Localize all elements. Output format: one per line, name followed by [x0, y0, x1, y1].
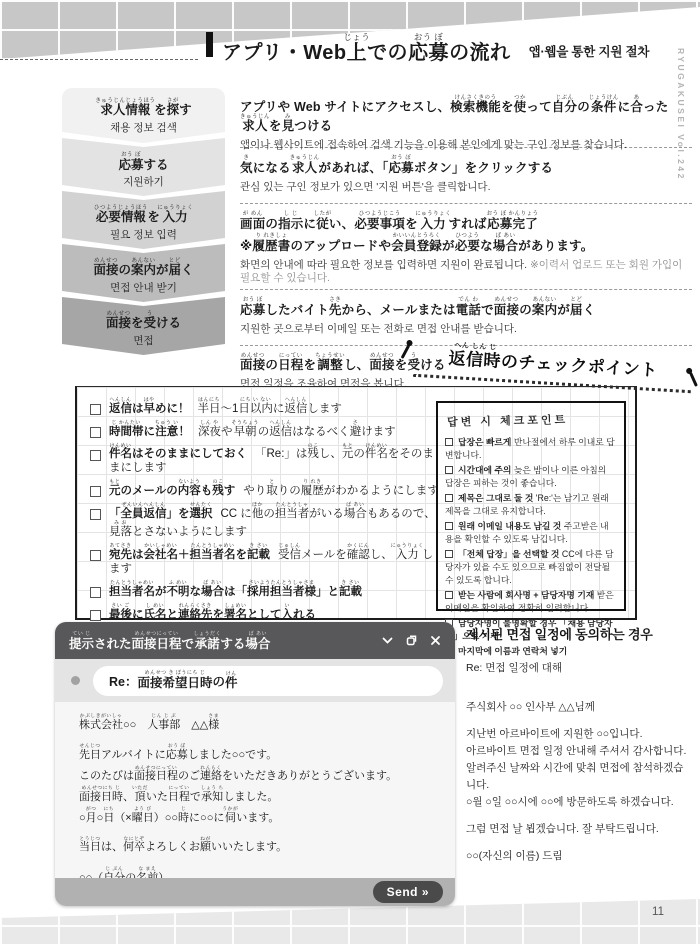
step-detail-jp: 応募おう ぼしたバイト先さきから、メールまたは電話でん わで面接めんせつの案内あ… — [240, 297, 692, 319]
email-subject-field[interactable]: Re：面接希望日時めんせつ き ぼうにち じの件けん — [93, 666, 443, 696]
flow-step-label-jp: 必要情報ひつようじょうほうを入力にゅうりょく — [94, 205, 193, 224]
email-subject-row: Re：面接希望日時めんせつ き ぼうにち じの件けん — [55, 659, 455, 702]
checkbox[interactable] — [90, 486, 101, 497]
email-translation-subject: Re: 면접 일정에 대해 — [466, 660, 692, 675]
step-detail-kr-text: 관심 있는 구인 정보가 있으면 '지원 버튼'을 클릭합니다. — [240, 181, 491, 193]
kr-line: 아르바이트 면접 일정 안내해 주셔서 감사합니다. 알려주신 날짜와 시간에 … — [466, 743, 692, 794]
flow-step-label-kr: 필요 정보 입력 — [110, 227, 177, 242]
checkpoint-item-title: 時間帯じ かんたいに注意ちゅう い！ — [109, 426, 190, 438]
email-line — [79, 858, 431, 867]
section-header: アプリ・Web上じょうでの応募おう ぼの流れ 앱·웹을 통한 지원 절차 — [206, 32, 649, 64]
send-button[interactable]: Send » — [373, 881, 443, 903]
flow-step-interview-invite: 面接めんせつの案内あんないが届とどく 면접 안내 받기 — [62, 244, 225, 302]
email-line: 面接日時めんせつにち じ、頂いただいた日程にっていで承知しょう ちしました。 — [79, 786, 431, 807]
checkpoint-item-title: 返信へんしんは早はやめに！ — [109, 403, 190, 415]
checkpoint-item-desc: 半日はんにち〜1日以内にち い ないに返信へんしんします — [198, 403, 342, 415]
checkpoint-list-jp: 返信へんしんは早はやめに！半日はんにち〜1日以内にち い ないに返信へんしんしま… — [90, 397, 442, 626]
flow-step-label-kr: 면접 — [133, 333, 153, 348]
step-detail-kr-text: 앱이나 웹사이트에 접속하여 검색 기능을 이용해 본인에게 맞는 구인 정보를… — [240, 139, 627, 151]
kr-line — [466, 838, 692, 848]
email-translation-heading: 제시된 면접 일정에 동의하는 경우 — [466, 624, 692, 643]
email-line — [79, 828, 431, 837]
step-detail-jp: 気きになる求人きゅうじんがあれば、「応募おう ぼボタン」をクリックする — [240, 155, 692, 177]
page-title-jp: アプリ・Web上じょうでの応募おう ぼの流れ — [222, 32, 511, 64]
kr-line: 지난번 아르바이트에 지원한 ○○입니다. — [466, 726, 692, 743]
unread-dot-icon — [71, 676, 80, 685]
kr-line: 그럼 면접 날 뵙겠습니다. 잘 부탁드립니다. — [466, 821, 692, 838]
checkbox[interactable] — [445, 438, 453, 446]
window-controls — [381, 635, 441, 647]
checkbox[interactable] — [90, 404, 101, 415]
flow-step-label-kr: 채용 정보 검색 — [110, 120, 177, 135]
checkpoint-item-title: 宛先あてさきは会社名かいしゃめい＋担当者名たんとうしゃめいを記載き さい — [109, 549, 270, 561]
email-window: 提示てい じされた面接日程めんせつにっていで承諾しょうだくする場合ば あい Re… — [55, 622, 455, 906]
step-detail-4: 応募おう ぼしたバイト先さきから、メールまたは電話でん わで面接めんせつの案内あ… — [240, 290, 692, 346]
step-detail-jp-note: ※履歴書り れきしょのアップロードや会員登録かいいんとうろくが必要ひつような場合… — [240, 233, 692, 255]
kr-line — [466, 716, 692, 726]
flow-step-label-jp: 面接めんせつを受うける — [106, 311, 181, 330]
checkbox[interactable] — [445, 466, 453, 474]
checkbox[interactable] — [90, 450, 101, 461]
step-detail-3: 画面が めんの指示し じに従したがい、必要事項ひつようじこうを入力にゅうりょくす… — [240, 204, 692, 290]
kr-item-title: 답장은 빠르게 — [458, 437, 511, 447]
flow-step-apply: 応募おう ぼする 지원하기 — [62, 138, 225, 196]
kr-item-title: 제목은 그대로 둘 것 — [458, 493, 533, 503]
checkbox[interactable] — [90, 587, 101, 598]
maximize-icon[interactable] — [405, 635, 417, 647]
checkpoint-item-kr: 받는 사람에 회사명 + 담당자명 기재 받은 이메일을 확인하여 정확히 입력… — [445, 589, 617, 615]
email-body[interactable]: 株式会社かぶしきがいしゃ○○ 人事部じん じ ぶ △△様さま先日せんじつアルバイ… — [55, 702, 455, 878]
checkpoint-box-kr: 답변 시 체크포인트 답장은 빠르게 반나절에서 하루 이내로 답변합니다. 시… — [436, 401, 626, 611]
flow-step-label-jp: 求人情報きゅうじんじょうほうを探さがす — [95, 98, 191, 117]
kr-item-title: 시간대에 주의 — [458, 465, 511, 475]
email-window-title: 提示てい じされた面接日程めんせつにっていで承諾しょうだくする場合ば あい — [69, 631, 270, 651]
email-line: 当日とうじつは、何卒なにとぞよろしくお願ねがいいたします。 — [79, 837, 431, 857]
email-window-titlebar: 提示てい じされた面接日程めんせつにっていで承諾しょうだくする場合ば あい — [55, 622, 455, 659]
flow-step-interview: 面接めんせつを受うける 면접 — [62, 297, 225, 355]
checkpoint-item-title: 最後さい ごに氏名し めいと連絡先れんらくさきを署名しょめいとして入いれる — [109, 609, 316, 621]
step-detail-1: アプリや Web サイトにアクセスし、検索機能けんさくきのうを使つかって自分じぶ… — [240, 88, 692, 148]
step-detail-kr: 화면의 안내에 따라 필요한 정보를 입력하면 지원이 완료됩니다. ※이력서 … — [240, 259, 692, 286]
flow-step-label-jp: 応募おう ぼする — [118, 152, 168, 172]
title-bar-icon — [206, 32, 213, 57]
flow-step-label-jp: 面接めんせつの案内あんないが届とどく — [93, 258, 193, 277]
email-line: このたびは面接日程めんせつにっていのご連絡れんらくをいただきありがとうございます… — [79, 766, 431, 786]
checkbox[interactable] — [445, 550, 453, 558]
checkbox[interactable] — [90, 427, 101, 438]
flow-step-label-kr: 지원하기 — [123, 174, 164, 189]
close-icon[interactable] — [429, 635, 441, 647]
email-line — [79, 735, 431, 744]
email-line: ○月がつ○日にち（×曜日よう び）○○時じに○○に伺うかがいます。 — [79, 807, 431, 828]
flow-step-label-kr: 면접 안내 받기 — [110, 280, 177, 295]
checkpoint-item: 担当者名たんとうしゃめいが不明ふ めいな場合ば あいは「採用担当者様さいようたん… — [90, 580, 442, 599]
flow-step-search: 求人情報きゅうじんじょうほうを探さがす 채용 정보 검색 — [62, 88, 225, 143]
checkpoint-item-title: 元もとのメールの内容ないようも残のこす — [109, 485, 235, 497]
checkpoint-item: 元もとのメールの内容ないようも残のこすやり取とりの履歴り れきがわかるようにしま… — [90, 479, 442, 498]
checkbox[interactable] — [90, 610, 101, 621]
checkpoint-item: 件名けんめいはそのままにしておく「Re:」は残のこし、元もとの件名けんめいをその… — [90, 443, 442, 474]
minimize-icon[interactable] — [381, 635, 393, 647]
kr-item-title: 「전체 답장」을 선택할 것 — [458, 549, 559, 559]
checkpoint-item-desc: やり取とりの履歴り れきがわかるようにします — [243, 485, 439, 497]
email-translation-kr: 제시된 면접 일정에 동의하는 경우 Re: 면접 일정에 대해 주식회사 ○○… — [466, 624, 692, 865]
step-detail-2: 気きになる求人きゅうじんがあれば、「応募おう ぼボタン」をクリックする 관심 있… — [240, 148, 692, 204]
flow-step-input-info: 必要情報ひつようじょうほうを入力にゅうりょく 필요 정보 입력 — [62, 191, 225, 249]
kr-line — [466, 811, 692, 821]
step-detail-jp: 画面が めんの指示し じに従したがい、必要事項ひつようじこうを入力にゅうりょくす… — [240, 211, 692, 233]
checkpoint-item: 宛先あてさきは会社名かいしゃめい＋担当者名たんとうしゃめいを記載き さい受信じゅ… — [90, 543, 442, 575]
checkpoint-item-kr: 답장은 빠르게 반나절에서 하루 이내로 답변합니다. — [445, 436, 617, 462]
kr-line: ○월 ○일 ○○시에 ○○에 방문하도록 하겠습니다. — [466, 794, 692, 811]
checkpoint-item-kr: 「전체 답장」을 선택할 것 CC에 다른 담당자가 있을 수도 있으므로 빠짐… — [445, 548, 617, 586]
application-flow-chart: 求人情報きゅうじんじょうほうを探さがす 채용 정보 검색 応募おう ぼする 지원… — [62, 88, 225, 355]
checkbox[interactable] — [445, 494, 453, 502]
email-line: 株式会社かぶしきがいしゃ○○ 人事部じん じ ぶ △△様さま — [79, 714, 431, 735]
checkpoint-item-desc: 深夜しん やや早朝そうちょうの返信へんしんはなるべく避さけます — [198, 426, 396, 438]
kr-line: 주식회사 ○○ 인사부 △△님께 — [466, 699, 692, 716]
page-title-kr: 앱·웹을 통한 지원 절차 — [529, 42, 650, 60]
step-detail-kr: 지원한 곳으로부터 이메일 또는 전화로 면접 안내를 받습니다. — [240, 323, 692, 337]
checkpoint-item: 返信へんしんは早はやめに！半日はんにち〜1日以内にち い ないに返信へんしんしま… — [90, 397, 442, 416]
checkpoint-item-title: 担当者名たんとうしゃめいが不明ふ めいな場合ば あいは「採用担当者様さいようたん… — [109, 586, 362, 598]
checkpoint-item: 最後さい ごに氏名し めいと連絡先れんらくさきを署名しょめいとして入いれる — [90, 603, 442, 622]
checkpoint-item-kr: 원래 이메일 내용도 남길 것 주고받은 내용을 확인할 수 있도록 남깁니다. — [445, 520, 617, 546]
kr-item-title: 받는 사람에 회사명 + 담당자명 기재 — [458, 590, 594, 600]
checkpoint-heading-kr: 답변 시 체크포인트 — [447, 410, 617, 430]
step-detail-kr-text: 지원한 곳으로부터 이메일 또는 전화로 면접 안내를 받습니다. — [240, 323, 517, 335]
checkpoint-item: 時間帯じ かんたいに注意ちゅう い！深夜しん やや早朝そうちょうの返信へんしんは… — [90, 420, 442, 439]
checkpoint-box: 返信へんしんは早はやめに！半日はんにち〜1日以内にち い ないに返信へんしんしま… — [75, 386, 637, 620]
email-footer: Send » — [55, 878, 455, 906]
kr-item-title: 원래 이메일 내용도 남길 것 — [458, 521, 561, 531]
step-detail-jp: アプリや Web サイトにアクセスし、検索機能けんさくきのうを使つかって自分じぶ… — [240, 95, 692, 135]
checkbox[interactable] — [445, 522, 453, 530]
page-number: 11 — [652, 906, 664, 918]
checkpoint-item-title: 件名けんめいはそのままにしておく — [109, 448, 247, 460]
checkpoint-item: 「全員返信ぜんいんへんしん」を選択せんたくCC に他ほかの担当者たんとうしゃがい… — [90, 502, 442, 539]
checkbox[interactable] — [90, 550, 101, 561]
email-line: 先日せんじつアルバイトに応募おう ぼしました○○です。 — [79, 744, 431, 765]
step-detail-kr-text: 화면의 안내에 따라 필요한 정보를 입력하면 지원이 완료됩니다. — [240, 259, 530, 271]
header-dashed-leader — [0, 59, 198, 60]
kr-line: ○○(자신의 이름) 드림 — [466, 848, 692, 865]
checkpoint-item-title: 「全員返信ぜんいんへんしん」を選択せんたく — [109, 508, 213, 520]
step-detail-kr: 관심 있는 구인 정보가 있으면 '지원 버튼'을 클릭합니다. — [240, 181, 692, 195]
email-translation-body: 주식회사 ○○ 인사부 △△님께지난번 아르바이트에 지원한 ○○입니다.아르바… — [466, 699, 692, 865]
step-detail-kr: 앱이나 웹사이트에 접속하여 검색 기능을 이용해 본인에게 맞는 구인 정보를… — [240, 139, 692, 153]
checkpoint-item-kr: 시간대에 주의 늦은 밤이나 이른 아침의 답장은 피하는 것이 좋습니다. — [445, 464, 617, 490]
checkpoint-item-kr: 제목은 그대로 둘 것 'Re:'는 남기고 원래 제목을 그대로 유지합니다. — [445, 492, 617, 518]
checkbox[interactable] — [90, 509, 101, 520]
checkbox[interactable] — [445, 591, 453, 599]
